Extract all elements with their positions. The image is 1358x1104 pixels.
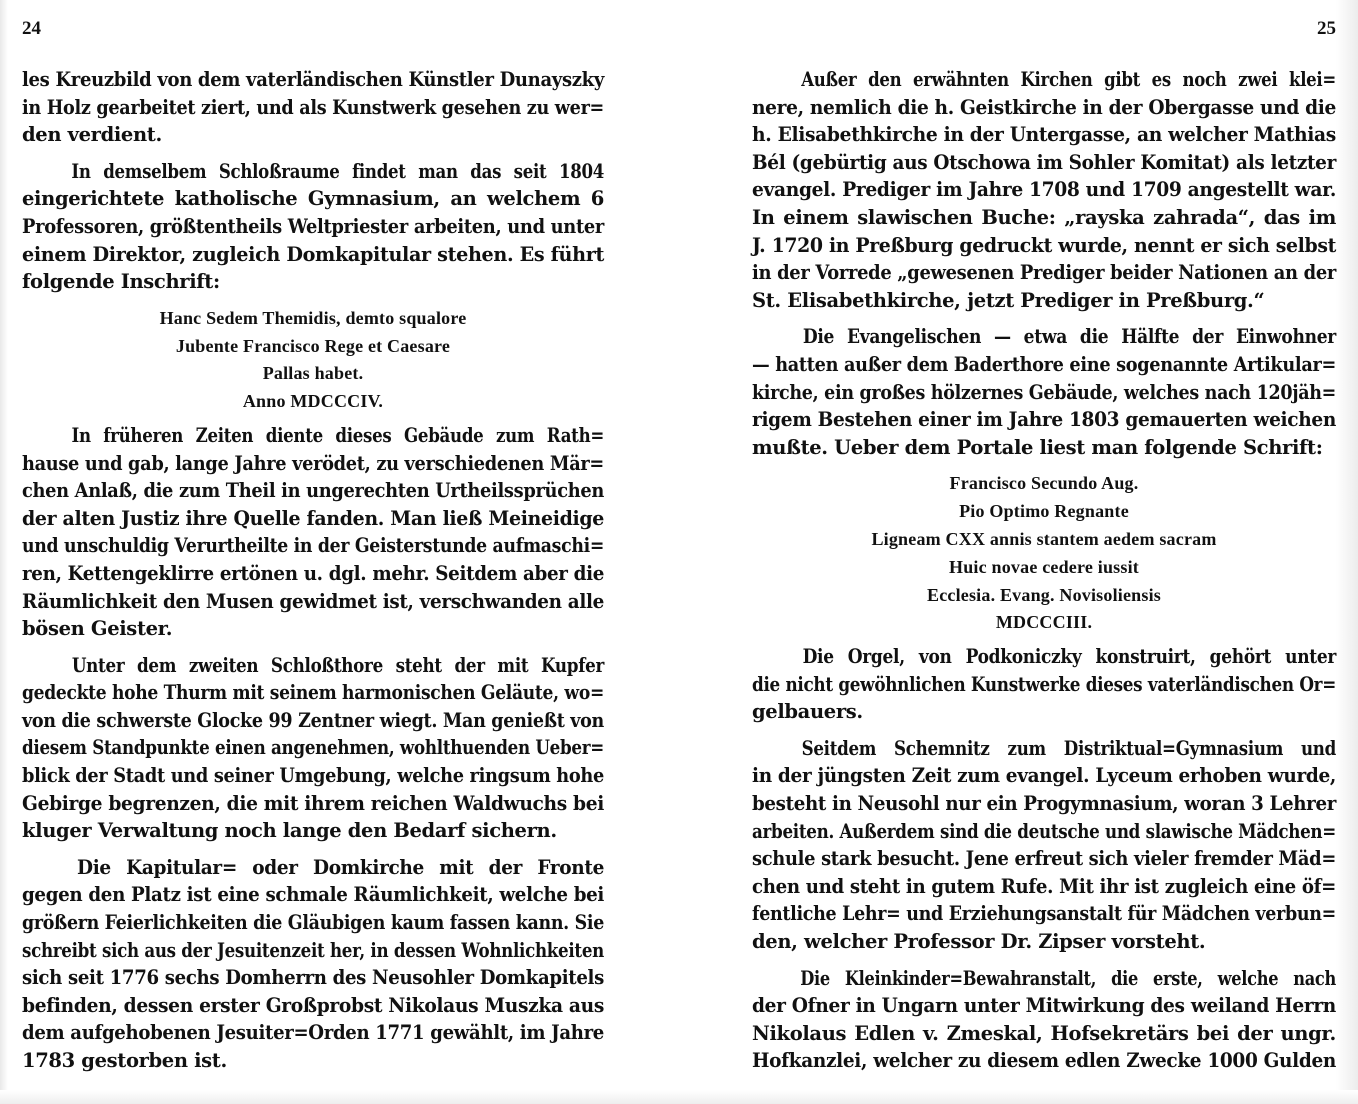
text-line: Die Kleinkinder=Bewahranstalt, die erste… <box>752 965 1336 993</box>
paragraph: les Kreuzbild von dem vaterländischen Kü… <box>22 66 604 149</box>
text-line: In demselbem Schloßraume findet man das … <box>22 158 604 186</box>
left-page: 24 les Kreuzbild von dem vaterländischen… <box>22 0 604 1104</box>
paragraph: In demselbem Schloßraume findet man das … <box>22 158 604 296</box>
text-line: bösen Geister. <box>22 615 604 643</box>
inscription-line: Jubente Francisco Rege et Caesare <box>22 333 604 361</box>
text-line: von die schwerste Glocke 99 Zentner wieg… <box>22 707 604 735</box>
inscription: Hanc Sedem Themidis, demto squaloreJuben… <box>22 305 604 416</box>
text-line: les Kreuzbild von dem vaterländischen Kü… <box>22 66 604 94</box>
text-line: arbeiten. Außerdem sind die deutsche und… <box>752 818 1336 846</box>
text-line: diesem Standpunkte einen angenehmen, woh… <box>22 734 604 762</box>
text-line: evangel. Prediger im Jahre 1708 und 1709… <box>752 176 1336 204</box>
text-line: Außer den erwähnten Kirchen gibt es noch… <box>752 66 1336 94</box>
text-line: der Ofner in Ungarn unter Mitwirkung des… <box>752 992 1336 1020</box>
paragraph: Die Orgel, von Podkoniczky konstruirt, g… <box>752 643 1336 726</box>
text-line: einem Direktor, zugleich Domkapitular st… <box>22 241 604 269</box>
text-line: in der jüngsten Zeit zum evangel. Lyceum… <box>752 762 1336 790</box>
paragraph: Die Kleinkinder=Bewahranstalt, die erste… <box>752 965 1336 1075</box>
text-line: mußte. Ueber dem Portale liest man folge… <box>752 434 1336 462</box>
book-spread: 24 les Kreuzbild von dem vaterländischen… <box>0 0 1358 1104</box>
text-line: Räumlichkeit den Musen gewidmet ist, ver… <box>22 588 604 616</box>
text-line: Nikolaus Edlen v. Zmeskal, Hofsekretärs … <box>752 1020 1336 1048</box>
text-line: gegen den Platz ist eine schmale Räumlic… <box>22 881 604 909</box>
text-line: eingerichtete katholische Gymnasium, an … <box>22 185 604 213</box>
text-line: Bél (gebürtig aus Otschowa im Sohler Kom… <box>752 149 1336 177</box>
text-line: größern Feierlichkeiten die Gläubigen ka… <box>22 909 604 937</box>
paragraph: Unter dem zweiten Schloßthore steht der … <box>22 652 604 845</box>
inscription-line: MDCCCIII. <box>752 609 1336 637</box>
text-line: Die Evangelischen — etwa die Hälfte der … <box>752 323 1336 351</box>
text-line: Die Orgel, von Podkoniczky konstruirt, g… <box>752 643 1336 671</box>
text-line: schreibt sich aus der Jesuitenzeit her, … <box>22 937 604 965</box>
text-line: folgende Inschrift: <box>22 268 604 296</box>
text-line: h. Elisabethkirche in der Untergasse, an… <box>752 121 1336 149</box>
text-line: kirche, ein großes hölzernes Gebäude, we… <box>752 379 1336 407</box>
text-line: befinden, dessen erster Großprobst Nikol… <box>22 992 604 1020</box>
paragraph: Die Kapitular= oder Domkirche mit der Fr… <box>22 854 604 1075</box>
text-line: Unter dem zweiten Schloßthore steht der … <box>22 652 604 680</box>
text-line: gedeckte hohe Thurm mit seinem harmonisc… <box>22 679 604 707</box>
text-line: Seitdem Schemnitz zum Distriktual=Gymnas… <box>752 735 1336 763</box>
inscription-line: Francisco Secundo Aug. <box>752 470 1336 498</box>
inscription-line: Ecclesia. Evang. Novisoliensis <box>752 582 1336 610</box>
text-line: rigem Bestehen einer im Jahre 1803 gemau… <box>752 406 1336 434</box>
paragraph: Seitdem Schemnitz zum Distriktual=Gymnas… <box>752 735 1336 956</box>
text-line: gelbauers. <box>752 698 1336 726</box>
text-line: dem aufgehobenen Jesuiter=Orden 1771 gew… <box>22 1019 604 1047</box>
paragraph: Außer den erwähnten Kirchen gibt es noch… <box>752 66 1336 314</box>
text-line: 1783 gestorben ist. <box>22 1047 604 1075</box>
text-line: in Holz gearbeitet ziert, und als Kunstw… <box>22 94 604 122</box>
text-line: sich seit 1776 sechs Domherrn des Neusoh… <box>22 964 604 992</box>
text-line: chen und steht in gutem Rufe. Mit ihr is… <box>752 873 1336 901</box>
text-line: Die Kapitular= oder Domkirche mit der Fr… <box>22 854 604 882</box>
text-line: In früheren Zeiten diente dieses Gebäude… <box>22 422 604 450</box>
text-line: die nicht gewöhnlichen Kunstwerke dieses… <box>752 671 1336 699</box>
inscription: Francisco Secundo Aug.Pio Optimo Regnant… <box>752 470 1336 637</box>
text-line: hause und gab, lange Jahre verödet, zu v… <box>22 450 604 478</box>
text-line: besteht in Neusohl nur ein Progymnasium,… <box>752 790 1336 818</box>
text-line: schule stark besucht. Jene erfreut sich … <box>752 845 1336 873</box>
text-line: kluger Verwaltung noch lange den Bedarf … <box>22 817 604 845</box>
text-line: fentliche Lehr= und Erziehungsanstalt fü… <box>752 900 1336 928</box>
text-line: Gebirge begrenzen, die mit ihrem reichen… <box>22 790 604 818</box>
text-line: in der Vorrede „gewesenen Prediger beide… <box>752 259 1336 287</box>
inscription-line: Hanc Sedem Themidis, demto squalore <box>22 305 604 333</box>
paragraph: In früheren Zeiten diente dieses Gebäude… <box>22 422 604 643</box>
inscription-line: Ligneam CXX annis stantem aedem sacram <box>752 526 1336 554</box>
text-line: blick der Stadt und seiner Umgebung, wel… <box>22 762 604 790</box>
right-page: 25 Außer den erwähnten Kirchen gibt es n… <box>752 0 1336 1104</box>
page-number: 24 <box>22 18 41 40</box>
text-line: und unschuldig Verurtheilte in der Geist… <box>22 532 604 560</box>
text-line: J. 1720 in Preßburg gedruckt wurde, nenn… <box>752 232 1336 260</box>
text-line: Professoren, größtentheils Weltpriester … <box>22 213 604 241</box>
paragraph: Die Evangelischen — etwa die Hälfte der … <box>752 323 1336 461</box>
text-line: nere, nemlich die h. Geistkirche in der … <box>752 94 1336 122</box>
text-line: ren, Kettengeklirre ertönen u. dgl. mehr… <box>22 560 604 588</box>
text-line: — hatten außer dem Baderthore eine sogen… <box>752 351 1336 379</box>
text-line: den verdient. <box>22 121 604 149</box>
text-line: chen Anlaß, die zum Theil in ungerechten… <box>22 477 604 505</box>
text-line: Hofkanzlei, welcher zu diesem edlen Zwec… <box>752 1047 1336 1075</box>
inscription-line: Pio Optimo Regnante <box>752 498 1336 526</box>
text-line: den, welcher Professor Dr. Zipser vorste… <box>752 928 1336 956</box>
page-edge-left <box>0 0 8 1104</box>
text-line: St. Elisabethkirche, jetzt Prediger in P… <box>752 287 1336 315</box>
inscription-line: Huic novae cedere iussit <box>752 554 1336 582</box>
inscription-line: Pallas habet. <box>22 360 604 388</box>
page-body: Außer den erwähnten Kirchen gibt es noch… <box>752 66 1336 1084</box>
page-body: les Kreuzbild von dem vaterländischen Kü… <box>22 66 604 1084</box>
page-edge-right <box>1336 0 1358 1104</box>
text-line: der alten Justiz ihre Quelle fanden. Man… <box>22 505 604 533</box>
text-line: In einem slawischen Buche: „rayska zahra… <box>752 204 1336 232</box>
page-number: 25 <box>1317 18 1336 40</box>
inscription-line: Anno MDCCCIV. <box>22 388 604 416</box>
